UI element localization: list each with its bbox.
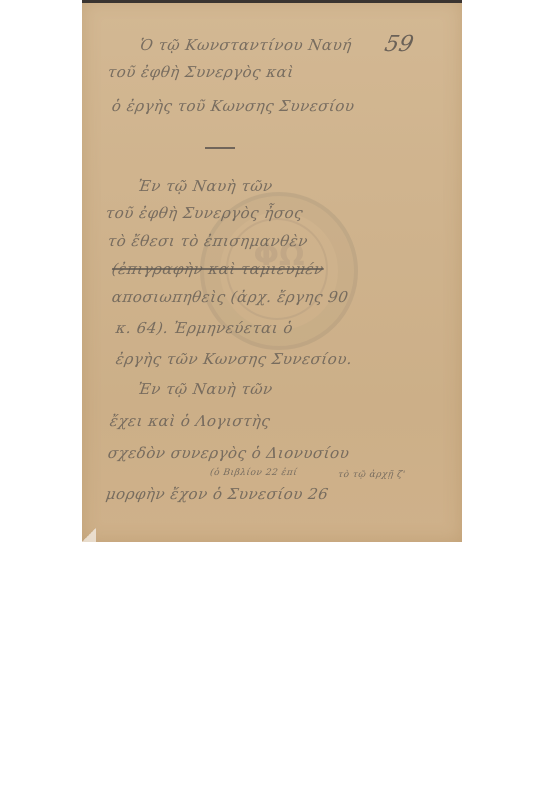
section2-line-2: τοῦ ἐφθὴ Συνεργὸς ἦσος (105, 204, 305, 222)
section1-line-2: τοῦ ἐφθὴ Συνεργὸς καὶ (107, 63, 295, 81)
section2-line-1: Ἐν τῷ Ναυὴ τῶν (137, 177, 274, 195)
section3-line-2: ἔχει καὶ ὁ Λογιστὴς (109, 412, 272, 430)
section3-line-3: σχεδὸν συνεργὸς ὁ Διονυσίου (107, 444, 351, 462)
margin-note: τὸ τῷ ἀρχῇ ζ' (337, 470, 406, 480)
section1-line-3: ὁ ἐργὴς τοῦ Κωνσης Συνεσίου (111, 97, 356, 115)
section2-line-3: τὸ ἔθεσι τὸ ἐπισημανθὲν (107, 232, 309, 250)
section1-line-1: Ὁ τῷ Κωνσταντίνου Ναυή (139, 36, 353, 54)
page-mark: 59 (382, 32, 415, 57)
section3-line-1: Ἐν τῷ Ναυὴ τῶν (137, 380, 274, 398)
section2-line-7: ἐργὴς τῶν Κωνσης Συνεσίου. (115, 350, 354, 368)
section2-line-4-struck: (ἐπιγραφὴν καὶ ταμιευμέν (111, 260, 325, 278)
section2-line-6: κ. 64). Ἐρμηνεύεται ὁ (115, 319, 295, 337)
interlinear-note: (ὁ Βιβλίον 22 ἐπί (209, 468, 298, 478)
section2-line-5: αποσιωπηθεὶς (ἀρχ. ἔργης 90 (111, 288, 350, 306)
manuscript-page: ΦΩ 59 Ὁ τῷ Κωνσταντίνου Ναυή τοῦ ἐφθὴ Συ… (82, 0, 462, 542)
section3-line-4: μορφὴν ἔχον ὁ Συνεσίου 26 (105, 485, 330, 503)
separator-dash (205, 147, 235, 149)
